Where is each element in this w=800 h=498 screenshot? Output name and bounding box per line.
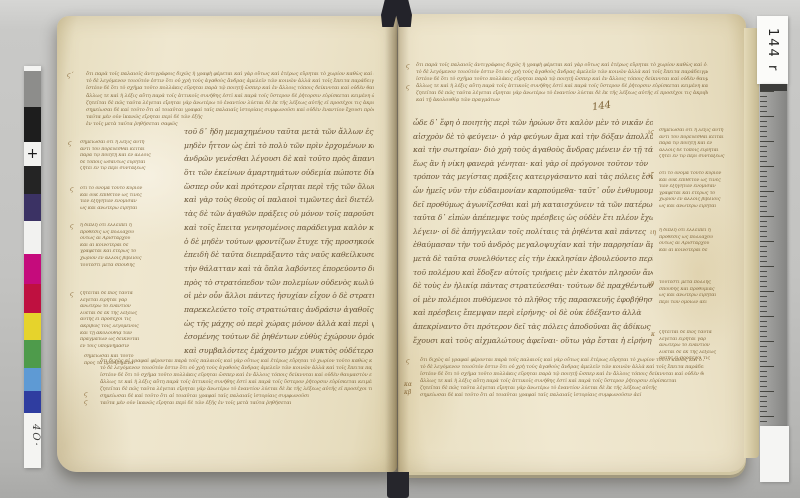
manuscript-line: καὶ οὐκ ἐπίθετον ὥς τινες (659, 178, 745, 185)
manuscript-line: σπουδῆς καὶ προθυμίας (659, 287, 745, 294)
paragraph-mark: ϛ (70, 186, 73, 193)
color-patch-sky-blue (24, 368, 41, 391)
manuscript-line: τουτέστι μετὰ σπουδῆς (80, 263, 172, 270)
manuscript-line: μηδὲν ἧττον ὡς ἐπὶ τὸ πολὺ τῶν πρὶν ἐρχο… (184, 141, 374, 155)
manuscript-line: ἡ διπλῆ ὅτι ἐλλείπει ἡ (80, 223, 172, 230)
manuscript-line: ἐσομένης τούτων δὲ ῥηθέντων εὐθὺς ἐχώρου… (184, 332, 374, 346)
manuscript-line: ἄλλως τε καὶ ἡ λέξις αὕτη παρὰ τοῖς ἀττι… (100, 379, 372, 386)
manuscript-line: ζήτει ἐν τῷ περὶ συντάξεως (80, 166, 172, 173)
paragraph-mark: κα (404, 381, 412, 388)
manuscript-line: ἡ διπλῆ ὅτι ἐλλείπει ἡ (659, 228, 745, 235)
manuscript-line: ὅτι τὸ ὄνομα τοῦτο κύριον (80, 186, 172, 193)
manuscript-line: τὸ δὲ λεγόμενον τοιοῦτόν ἐστιν ὅτι οὐ χρ… (100, 365, 372, 372)
color-patch-black-2 (24, 166, 41, 194)
manuscript-line: ὥσπερ οὖν καὶ πρότερον εἴρηται περὶ τῆς … (184, 182, 374, 196)
right-page-bottom-scholia: ὅτι διχῶς αἱ γραφαὶ φέρονται παρὰ τοῖς π… (420, 357, 704, 399)
manuscript-line: ἀνδρῶν γενέσθαι λέγουσι δὲ καὶ τοῦτο πρὸ… (184, 154, 374, 168)
manuscript-line: ζητεῖται δὲ πῶς ταῦτα λέγεται εἴρηται γὰ… (416, 90, 708, 97)
manuscript-line: περὶ τῶν ὁμοίων ἀεί (659, 300, 745, 307)
manuscript-line: ἔχουσι καὶ τοὺς αἰχμαλώτους ἀφεῖναι· οὕτ… (413, 336, 653, 350)
manuscript-line: ἰστέον δὲ ὅτι τὸ σχῆμα τοῦτο πολλάκις εὕ… (416, 76, 708, 83)
paragraph-mark: ϛ (406, 63, 409, 70)
manuscript-line: ὡς τῆς μάχης οὐ περὶ χώρας μόνον ἀλλὰ κα… (184, 319, 374, 333)
manuscript-line: τουτέστι μετὰ πολλῆς (659, 280, 745, 287)
left-page-top-scholia: ὅτι παρὰ τοῖς παλαιοῖς ἀντιγράφοις διχῶς… (86, 71, 374, 129)
manuscript-line: ἐπειδὴ δὲ ταῦτα διεπράξαντο τὰς ναῦς καθ… (184, 250, 374, 264)
right-page-top-scholia: ὅτι παρὰ τοῖς παλαιοῖς ἀντιγράφοις διχῶς… (416, 62, 708, 105)
manuscript-line: δὲ τόποις ὡσαύτως εὕρηται (80, 160, 172, 167)
right-page-margin-scholia-4: τουτέστι μετὰ πολλῆςσπουδῆς καὶ προθυμία… (659, 280, 745, 306)
manuscript-line: οὕτως αἱ Ἀριστάρχου (80, 236, 172, 243)
color-patch-indigo (24, 194, 41, 221)
crosshair-icon: + (24, 142, 41, 166)
manuscript-line: ὁ δὲ μηδὲν τούτων φροντίζων ἔτυχε τῆς πρ… (184, 237, 374, 251)
manuscript-line: αἰσχρὸν δὲ τὸ φεύγειν· ὁ γὰρ φεύγων ἅμα … (413, 132, 653, 146)
manuscript-line: ζητεῖται δὲ πῶς ταῦτα λέγεται εἴρηται γὰ… (420, 385, 704, 392)
manuscript-line: ὅτι διχῶς αἱ γραφαὶ φέρονται παρὰ τοῖς π… (420, 357, 704, 364)
manuscript-line: ἄλλως τε καὶ ἡ λέξις αὕτη παρὰ τοῖς ἀττι… (86, 93, 374, 100)
paragraph-mark: ϛ (68, 140, 71, 147)
manuscript-line: ἄλλως τε καὶ ἡ λέξις αὕτη παρὰ τοῖς ἀττι… (420, 378, 704, 385)
manuscript-line: γράφεται καὶ ἑτέρως τὸ (80, 249, 172, 256)
manuscript-line: ἰστέον δὲ ὅτι τὸ σχῆμα τοῦτο πολλάκις εὕ… (420, 371, 704, 378)
manuscript-line: αὐτῆς εἰ προσέχοι τις (80, 317, 172, 324)
manuscript-line: καὶ πρέσβεις ἔπεμψαν περὶ εἰρήνης· οἱ δὲ… (413, 308, 653, 322)
manuscript-line: καὶ γὰρ τοὺς θεοὺς οἱ παλαιοὶ τιμῶντες ἀ… (184, 195, 374, 209)
manuscript-line: ἄλλως τε καὶ ἡ λέξις αὕτη παρὰ τοῖς ἀττι… (416, 83, 708, 90)
manuscript-line: σημείωσαι δὲ καὶ τοῦτο ὅτι αἱ τοιαῦται γ… (100, 393, 372, 400)
manuscript-line: δεῖ προθύμως ἀγωνίζεσθαι καὶ μὴ καταισχύ… (413, 200, 653, 214)
right-page-margin-scholia-1: σημείωσαι ὅτι ἡ λέξις αὕτηἀντὶ τοῦ πορεύ… (659, 128, 745, 161)
paragraph-mark: ϛ (406, 358, 409, 365)
manuscript-line: ἀπεκρίναντο ὅτι πρότερον δεῖ τὰς πόλεις … (413, 322, 653, 336)
manuscript-line: οὕτως αἱ Ἀριστάρχου (659, 241, 745, 248)
manuscript-line: παρὰ τῷ ποιητῇ καὶ ἐν (659, 141, 745, 148)
paragraph-mark: ϛ (406, 84, 409, 91)
manuscript-line: καὶ οὐκ ἐπίθετον ὥς τινες (80, 193, 172, 200)
paragraph-mark: ϛ (84, 391, 87, 398)
color-calibration-bar: + (24, 66, 41, 468)
manuscript-line: ἐθαύμασαν τὴν τοῦ ἀνδρὸς μεγαλοψυχίαν κα… (413, 240, 653, 254)
manuscript-line: ὅτι παρὰ τοῖς παλαιοῖς ἀντιγράφοις διχῶς… (86, 71, 374, 78)
manuscript-line: λέγεται εἴρηται γὰρ (659, 337, 745, 344)
manuscript-line: καὶ αἱ κοινότεραι δέ (659, 248, 745, 255)
manuscript-line: καὶ τὴν σωτηρίαν· διὸ χρὴ τοὺς ἀγαθοὺς ἄ… (413, 145, 653, 159)
manuscript-line: οἱ μὲν οὖν ἄλλοι πάντες ἡσυχίαν εἶχον ὁ … (184, 291, 374, 305)
paragraph-mark: ιθ (648, 281, 654, 288)
manuscript-line: λέγειν· οἱ δὲ ἀπήγγειλαν τοῖς πολίταις τ… (413, 227, 653, 241)
manuscript-line: καὶ αἱ κοινότεραι δέ (80, 243, 172, 250)
ruler (760, 84, 787, 426)
manuscript-line: χωρίον ἐν ἄλλοις βιβλίοις (659, 197, 745, 204)
color-patch-white-mid (24, 221, 41, 254)
book-fore-edge (744, 28, 759, 458)
color-patch-gray (24, 71, 41, 107)
manuscript-line: ἕως ἂν ἡ νίκη φανερὰ γένηται· καὶ γὰρ οἱ… (413, 159, 653, 173)
folio-side-label: 144 r (757, 16, 788, 84)
right-page-margin-scholia-3: ἡ διπλῆ ὅτι ἐλλείπει ἡπρόθεσις ὡς πολλαχ… (659, 228, 745, 254)
manuscript-line: λύεται δὲ ἐκ τῆς λέξεως (80, 311, 172, 318)
manuscript-line: ὧν ἡμεῖς νῦν τὴν εὐδαιμονίαν καρπούμεθα·… (413, 186, 653, 200)
paragraph-mark: ϛ (70, 223, 73, 230)
manuscript-line: ἀνωτέρω τὸ ἐναντίον (659, 343, 745, 350)
manuscript-line: λύεται δὲ ἐκ τῆς λέξεως (659, 350, 745, 357)
manuscript-photo: ὅτι παρὰ τοῖς παλαιοῖς ἀντιγράφοις διχῶς… (0, 0, 800, 498)
left-page-margin-scholia-1: σημείωσαι ὅτι ἡ λέξις αὕτηἀντὶ τοῦ πορεύ… (80, 140, 172, 173)
manuscript-line: καὶ τῇ ἀκολουθίᾳ τῶν (80, 331, 172, 338)
manuscript-line: τῶν ἐξηγητῶν ἐνόμισαν (659, 184, 745, 191)
manuscript-line: παρὰ τῷ ποιητῇ καὶ ἐν ἄλλοις (80, 153, 172, 160)
manuscript-line: ὅτι τῶν ἐκείνων ἁμαρτημάτων οὐδεμία πώπο… (184, 168, 374, 182)
color-patch-magenta (24, 254, 41, 284)
paragraph-mark: κβ (404, 389, 411, 396)
manuscript-line: χωρίον ἐν ἄλλοις βιβλίοις (80, 256, 172, 263)
color-patch-green (24, 340, 41, 368)
color-patch-crimson (24, 284, 41, 313)
paragraph-mark: ϛ (84, 399, 87, 406)
manuscript-line: λέγεται εἴρηται γὰρ (80, 298, 172, 305)
paragraph-mark: ιη (650, 229, 656, 236)
color-patch-yellow (24, 313, 41, 340)
manuscript-line: ὡς καὶ ἀνωτέρω εἴρηται (659, 204, 745, 211)
paragraph-mark: ιϛ (648, 129, 654, 136)
manuscript-line: τὰς δὲ τῶν ἀγαθῶν πράξεις οὐ μόνον τοῖς … (184, 209, 374, 223)
manuscript-line: ἀντὶ τοῦ πορεύεσθαι κεῖται (80, 147, 172, 154)
manuscript-line: ὅτι παρὰ τοῖς παλαιοῖς ἀντιγράφοις διχῶς… (416, 62, 708, 69)
manuscript-line: οἱ μὲν πολέμιοι πυθόμενοι τὸ πλῆθος τῆς … (413, 295, 653, 309)
left-page-margin-scholia-4: ζητεῖται δὲ πῶς ταῦταλέγεται εἴρηται γὰρ… (80, 291, 172, 350)
manuscript-line: τοῦ δ᾽ ἤδη μεμαχημένου ταῦτα μετὰ τῶν ἄλ… (184, 127, 374, 141)
shelf-mark-rotated: 4Ο· (25, 412, 41, 460)
manuscript-line: ταῦτα μὲν οὖν ἱκανῶς εἴρηται περὶ δὲ τῶν… (86, 114, 374, 121)
left-page-margin-scholia-3: ἡ διπλῆ ὅτι ἐλλείπει ἡπρόθεσις ὡς πολλαχ… (80, 223, 172, 269)
manuscript-line: τοῦ πολέμου καὶ ἔδοξεν αὐτοῖς τριήρεις μ… (413, 268, 653, 282)
paragraph-mark: κ (651, 331, 655, 338)
manuscript-line: ζητεῖται δὲ πῶς ταῦτα λέγεται εἴρηται γὰ… (100, 386, 372, 393)
manuscript-line: ἰστέον δὲ ὅτι τὸ σχῆμα τοῦτο πολλάκις εὕ… (100, 372, 372, 379)
manuscript-line: ζητεῖται δὲ πῶς ταῦτα (80, 291, 172, 298)
left-page-bottom-scholia: ὅτι διχῶς αἱ γραφαὶ φέρονται παρὰ τοῖς π… (100, 358, 372, 407)
color-patch-ultramarine (24, 391, 41, 413)
manuscript-line: τῶν ἐξηγητῶν ἐνόμισαν (80, 199, 172, 206)
manuscript-line: ζήτει ἐν τῷ περὶ συντάξεως (659, 154, 745, 161)
paragraph-mark: ιζ (648, 172, 654, 179)
manuscript-line: ταῦτα δ᾽ εἰπὼν ἀπέπεμψε τοὺς πρέσβεις ὡς… (413, 213, 653, 227)
manuscript-line: ἄλλοις δὲ τόποις εὕρηται (659, 148, 745, 155)
manuscript-line: σημείωσαι ὅτι ἡ λέξις αὕτη (659, 128, 745, 135)
manuscript-line: καὶ τῇ ἀκολουθίᾳ τῶν πραγμάτων (416, 97, 708, 104)
manuscript-line: δὲ τοὺς ἐν ἡλικίᾳ πάντας στρατεύεσθαι· τ… (413, 281, 653, 295)
manuscript-line: ἀντὶ τοῦ πορεύεσθαι κεῖται (659, 135, 745, 142)
manuscript-line: πρὸς τὸ στρατόπεδον τῶν πολεμίων οὐδενὸς… (184, 278, 374, 292)
manuscript-line: τὸ δὲ λεγόμενον τοιοῦτόν ἐστιν ὅτι οὐ χρ… (420, 364, 704, 371)
manuscript-line: ὅτι διχῶς αἱ γραφαὶ φέρονται παρὰ τοῖς π… (100, 358, 372, 365)
left-page-margin-scholia-2: ὅτι τὸ ὄνομα τοῦτο κύριονκαὶ οὐκ ἐπίθετο… (80, 186, 172, 212)
manuscript-line: σημείωσαι δὲ καὶ τοῦτο ὅτι αἱ τοιαῦται γ… (420, 392, 704, 399)
manuscript-line: τὸ δὲ λεγόμενον τοιοῦτόν ἐστιν ὅτι οὐ χρ… (416, 69, 708, 76)
ruler-end-cap (760, 84, 787, 91)
manuscript-line: σημείωσαι δὲ καὶ τοῦτο ὅτι αἱ τοιαῦται γ… (86, 107, 374, 114)
right-page-margin-scholia-2: ὅτι τὸ ὄνομα τοῦτο κύριονκαὶ οὐκ ἐπίθετο… (659, 171, 745, 211)
manuscript-line: γράφεται καὶ ἑτέρως τὸ (659, 191, 745, 198)
manuscript-line: παρεκελεύετο τοῖς στρατιώταις ἀνδράσιν ἀ… (184, 305, 374, 319)
manuscript-line: ἀνωτέρω τὸ ἐναντίον (80, 304, 172, 311)
manuscript-line: σημείωσαι ὅτι ἡ λέξις αὕτη (80, 140, 172, 147)
manuscript-line: τρόπον τὰς μεγίστας πράξεις κατειργάσαντ… (413, 172, 653, 186)
manuscript-line: ἐν τοῖς ὑπομνήμασιν (80, 344, 172, 351)
manuscript-line: πραγμάτων ὡς δείκνυται (80, 337, 172, 344)
spine-strap-bottom (387, 472, 409, 498)
manuscript-line: καὶ τοῖς ἔπειτα γενησομένοις παράδειγμα … (184, 223, 374, 237)
manuscript-line: πρόθεσις ὡς πολλαχοῦ (659, 235, 745, 242)
left-page-main-text: τοῦ δ᾽ ἤδη μεμαχημένου ταῦτα μετὰ τῶν ἄλ… (184, 127, 374, 360)
manuscript-line: ὡς καὶ ἀνωτέρω εἴρηται (659, 293, 745, 300)
manuscript-line: ἀκριβῶς τοῖς λεγομένοις (80, 324, 172, 331)
manuscript-line: ταῦτα μὲν οὖν ἱκανῶς εἴρηται περὶ δὲ τῶν… (100, 400, 372, 407)
manuscript-line: μετὰ δὲ ταῦτα συνελθόντες εἰς τὴν ἐκκλησ… (413, 254, 653, 268)
paragraph-mark: ϛ´ (67, 72, 73, 79)
manuscript-line: ζητεῖται δὲ πῶς ταῦτα λέγεται εἴρηται γὰ… (86, 100, 374, 107)
manuscript-line: ἰστέον δὲ ὅτι τὸ σχῆμα τοῦτο πολλάκις εὕ… (86, 85, 374, 92)
manuscript-line: πρόθεσις ὡς πολλαχοῦ (80, 230, 172, 237)
paragraph-mark: ϛ (70, 291, 73, 298)
manuscript-line: ὡς καὶ ἀνωτέρω εἴρηται (80, 206, 172, 213)
manuscript-line: τὴν θάλατταν καὶ τὰ ὅπλα λαβόντες ἐπορεύ… (184, 264, 374, 278)
color-patch-white-crosshair: + (24, 142, 41, 166)
folio-side-label-text: 144 r (765, 28, 780, 72)
manuscript-line: ὅτι τὸ ὄνομα τοῦτο κύριον (659, 171, 745, 178)
color-patch-black (24, 107, 41, 142)
ruler-tail-label (760, 426, 789, 482)
manuscript-line: ζητεῖται δὲ πῶς ταῦτα (659, 330, 745, 337)
manuscript-line: τὸ δὲ λεγόμενον τοιοῦτόν ἐστιν ὅτι οὐ χρ… (86, 78, 374, 85)
ruler-ticks-big (760, 91, 774, 426)
right-page-main-text: ὧδε δ᾽ ἔφη ὁ ποιητὴς περὶ τῶν ἡρώων ὅτι … (413, 118, 653, 349)
manuscript-line: ὧδε δ᾽ ἔφη ὁ ποιητὴς περὶ τῶν ἡρώων ὅτι … (413, 118, 653, 132)
